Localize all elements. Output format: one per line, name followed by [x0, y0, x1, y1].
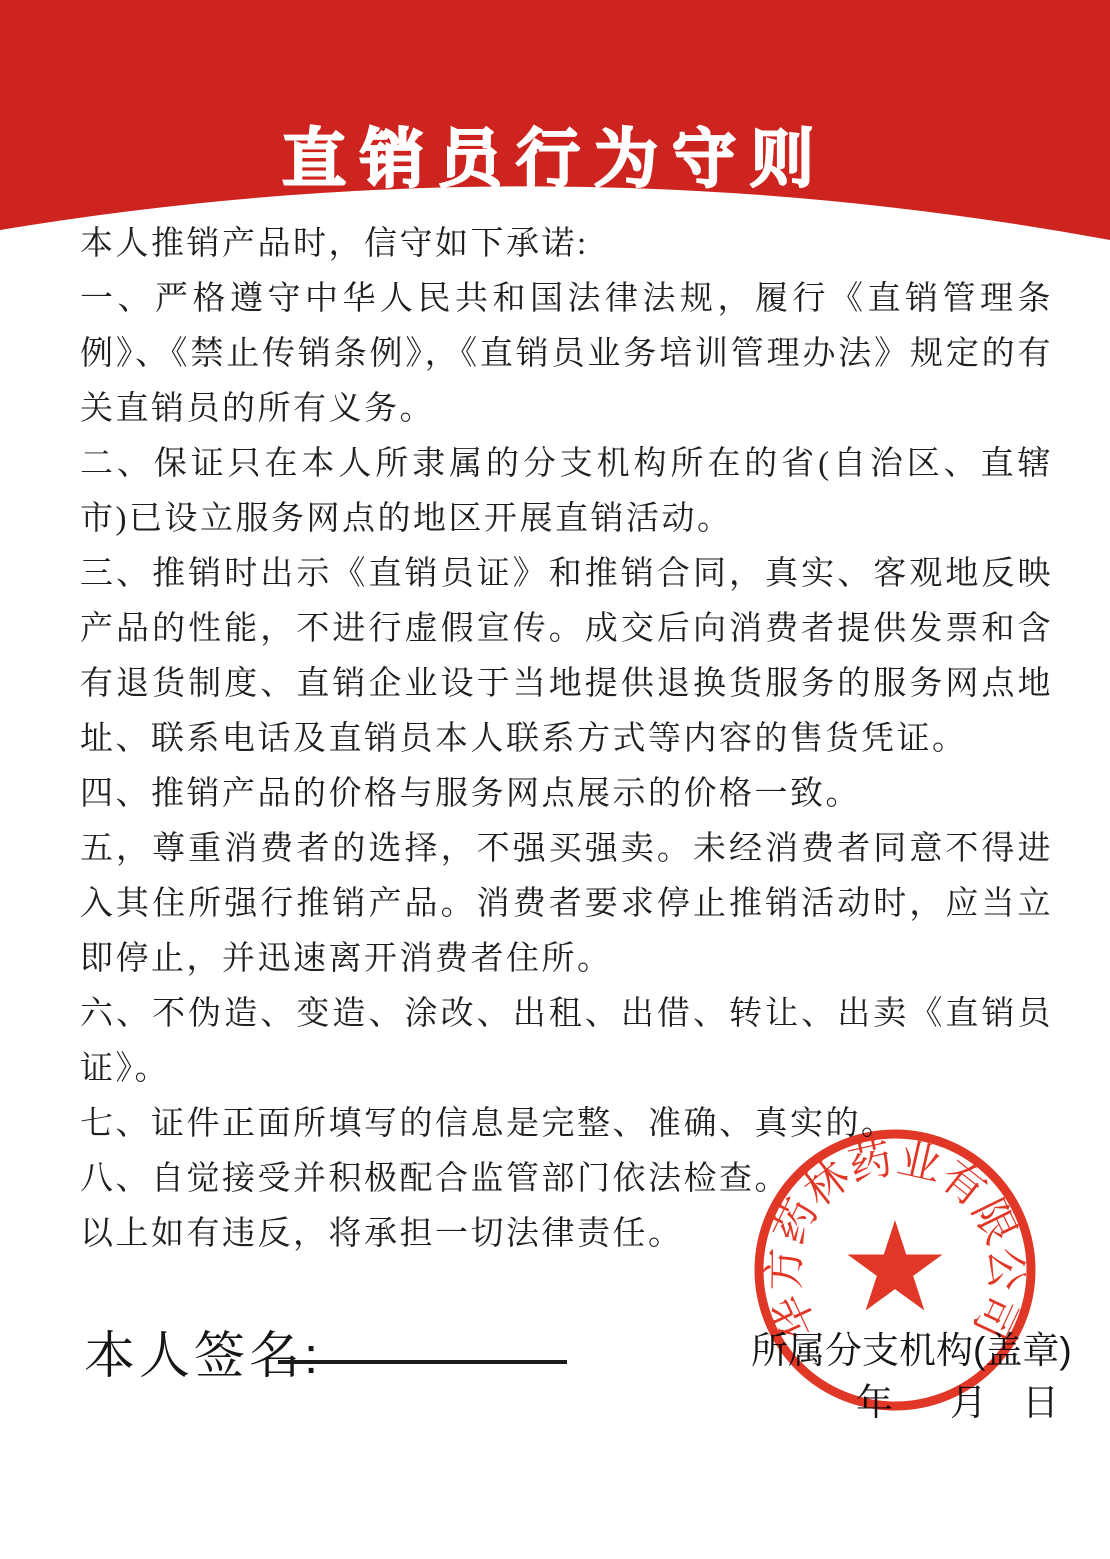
stamp-company-char: 方 [761, 1247, 809, 1290]
stamp-company-char: 公 [981, 1247, 1028, 1290]
body-paragraph: 一、严格遵守中华人民共和国法律法规，履行《直销管理条例》、《禁止传销条例》，《直… [80, 272, 1053, 437]
body-paragraph: 三、推销时出示《直销员证》和推销合同，真实、客观地反映产品的性能，不进行虚假宣传… [80, 547, 1053, 767]
body-paragraph: 二、保证只在本人所隶属的分支机构所在的省(自治区、直辖市)已设立服务网点的地区开… [80, 437, 1053, 547]
signature-line [278, 1360, 567, 1364]
body-paragraph: 本人推销产品时，信守如下承诺: [80, 217, 1053, 272]
document-page: 直销员行为守则 本人推销产品时，信守如下承诺:一、严格遵守中华人民共和国法律法规… [0, 0, 1110, 1559]
document-title: 直销员行为守则 [0, 108, 1110, 200]
body-paragraph: 四、推销产品的价格与服务网点展示的价格一致。 [80, 767, 1053, 822]
stamp-company-char: 药 [845, 1136, 897, 1191]
signature-label: 本人签名: [84, 1314, 322, 1388]
seal-star-icon [847, 1220, 942, 1310]
company-seal-stamp: 华方药林药业有限公司 [745, 1120, 1045, 1420]
body-text: 本人推销产品时，信守如下承诺:一、严格遵守中华人民共和国法律法规，履行《直销管理… [80, 217, 1053, 1262]
body-paragraph: 五，尊重消费者的选择，不强买强卖。未经消费者同意不得进入其住所强行推销产品。消费… [80, 822, 1053, 987]
body-paragraph: 六、不伪造、变造、涂改、出租、出借、转让、出卖《直销员证》。 [80, 987, 1053, 1097]
